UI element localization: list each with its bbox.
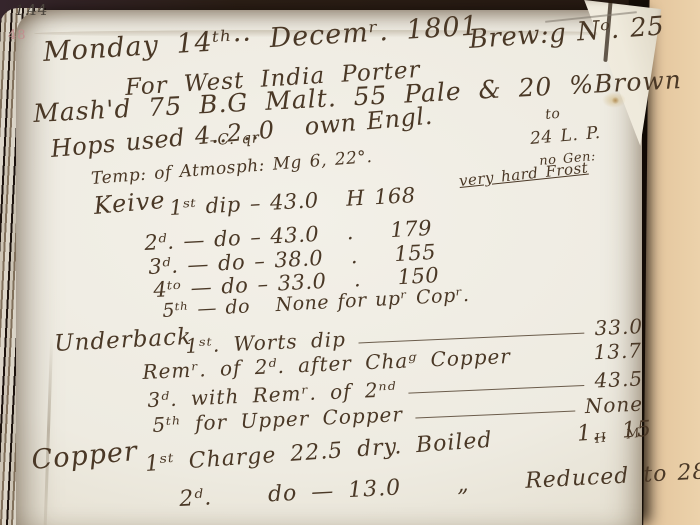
copper-label: Copper — [30, 437, 139, 476]
copper-row-1-value: 1.. 15 — [576, 417, 653, 447]
keive-label: Keive — [93, 187, 167, 220]
note-to: to — [545, 107, 561, 124]
ditto-rule — [409, 385, 585, 394]
underback-label: Underback — [54, 325, 193, 357]
copper-row-1-text: 1ˢᵗ Charge 22.5 dry. Boiled — [144, 428, 493, 477]
spacer — [511, 359, 594, 363]
spacer — [668, 480, 678, 481]
underback-row-2-value: 13.7 — [593, 338, 643, 364]
page-number-under: 48 — [8, 29, 27, 43]
copper-row-2-value: 28.4 — [677, 458, 700, 486]
underback-row-1-value: 33.0 — [594, 314, 644, 340]
book-photo: 1. 44 48 Monday 14ᵗʰ·· Decemʳ. 1801 Brew… — [0, 0, 700, 525]
handwriting-layer: 1. 44 48 Monday 14ᵗʰ·· Decemʳ. 1801 Brew… — [0, 0, 700, 525]
note-lp: 24 L. P. — [529, 124, 601, 149]
ditto-rule — [415, 411, 575, 419]
underback-row-3-value: 43.5 — [594, 366, 644, 392]
underback-row-4-value: None — [584, 392, 643, 419]
spacer — [493, 441, 578, 447]
page-number: 44 — [27, 2, 48, 19]
brew-number: Brew:g Nᵒ. 25 — [468, 12, 665, 54]
note-frost: very hard Frost — [458, 160, 589, 190]
keive-row-1: 1ˢᵗ dip – 43.0 H 168 — [169, 184, 416, 220]
copper-row-2: 2ᵈ. do — 13.0 „ Reduced to 28.4 — [179, 463, 648, 512]
